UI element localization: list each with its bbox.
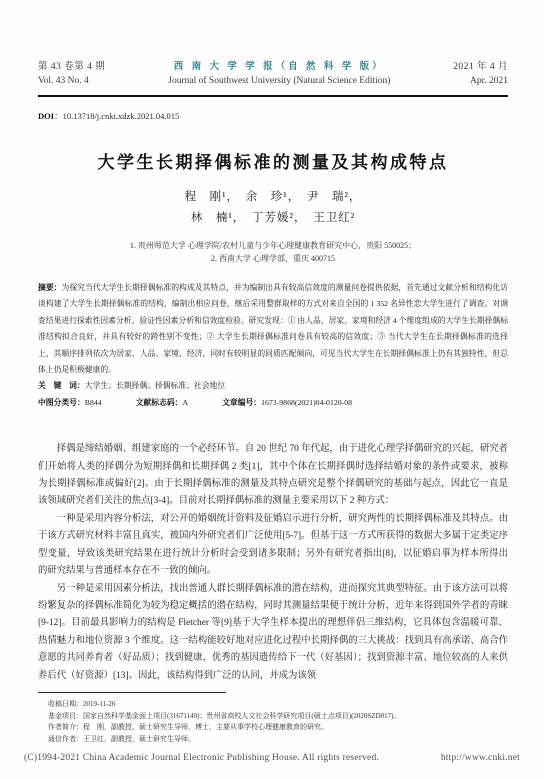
doi-label: DOI xyxy=(38,111,54,121)
affiliations: 1. 贵州师范大学 心理学院/农村儿童与少年心理健康教育研究中心，贵阳 5500… xyxy=(38,239,508,265)
abstract-block: 摘要：为探究当代大学生长期择偶标准的构成及其特点，并为编制出具有较高信效度的测量… xyxy=(38,280,508,378)
affiliation-1: 1. 贵州师范大学 心理学院/农村儿童与少年心理健康教育研究中心，贵阳 5500… xyxy=(38,239,508,252)
keywords-label: 关 键 词： xyxy=(38,381,85,390)
body-paragraph-2: 一种是采用内容分析法，对公开的婚姻统计资料及征婚启示进行分析，研究两性的长期择偶… xyxy=(38,511,508,581)
article-number-label: 文章编号： xyxy=(222,398,261,407)
body-paragraph-3: 另一种是采用因素分析法，找出普通人群长期择偶标准的潜在结构，进而探究其典型特征。… xyxy=(38,581,508,685)
document-code-value: A xyxy=(182,398,188,407)
issue-date-cn: 2021 年 4 月 xyxy=(453,58,508,72)
footnote-received-date: 收稿日期：2019-11-26 xyxy=(48,699,508,711)
keywords-line: 关 键 词：大学生；长期择偶；择偶标准；社会地位 xyxy=(38,378,508,394)
author-list: 程 刚¹， 余 珍¹， 尹 瑞²， 林 楠¹， 丁芳媛²， 王卫红² xyxy=(38,187,508,229)
keywords-text: 大学生；长期择偶；择偶标准；社会地位 xyxy=(85,381,225,390)
journal-name-cn: 西 南 大 学 学 报（自 然 科 学 版） xyxy=(174,58,385,72)
clc-label: 中图分类号： xyxy=(38,398,85,407)
body-paragraph-1: 择偶是缔结婚姻、组建家庭的一个必经环节。自 20 世纪 70 年代起，由于进化心… xyxy=(38,441,508,511)
copyright-line: (C)1994-2021 China Academic Journal Elec… xyxy=(24,753,520,763)
abstract-label: 摘要： xyxy=(38,283,62,292)
copyright-text: (C)1994-2021 China Academic Journal Elec… xyxy=(24,753,379,763)
clc-value: B844 xyxy=(85,398,102,407)
classification-line: 中图分类号：B844 文献标志码：A 文章编号：1673-9868(2021)0… xyxy=(38,395,508,411)
authors-line-2: 林 楠¹， 丁芳媛²， 王卫红² xyxy=(38,208,508,229)
affiliation-2: 2. 西南大学 心理学部，重庆 400715 xyxy=(38,252,508,265)
journal-name-en: Journal of Southwest University (Natural… xyxy=(168,76,390,86)
volume-issue-cn: 第 43 卷第 4 期 xyxy=(38,58,105,72)
header-row-en: Vol. 43 No. 4 Journal of Southwest Unive… xyxy=(38,76,508,86)
copyright-url: http://www.cnki.net xyxy=(441,753,520,763)
doi-line: DOI：10.13718/j.cnki.xdzk.2021.04.015 xyxy=(38,110,508,122)
issue-date-en: Apr. 2021 xyxy=(470,76,508,86)
footnote-block: 收稿日期：2019-11-26 基金项目：国家自然科学基金面上项目(316711… xyxy=(48,699,508,745)
journal-page: 第 43 卷第 4 期 西 南 大 学 学 报（自 然 科 学 版） 2021 … xyxy=(0,0,544,779)
article-body: 择偶是缔结婚姻、组建家庭的一个必经环节。自 20 世纪 70 年代起，由于进化心… xyxy=(38,441,508,685)
article-title: 大学生长期择偶标准的测量及其构成特点 xyxy=(38,148,508,173)
footnote-author-bio: 作者简介：程 刚，副教授，硕士研究生导师，博士，主要从事学校心理健康教育的研究。 xyxy=(48,722,508,734)
document-code: 文献标志码：A xyxy=(136,395,188,411)
footnote-divider xyxy=(38,692,226,693)
clc-number: 中图分类号：B844 xyxy=(38,395,102,411)
doi-value: ：10.13718/j.cnki.xdzk.2021.04.015 xyxy=(54,111,179,121)
header-divider xyxy=(38,95,508,97)
article-number: 文章编号：1673-9868(2021)04-0120-08 xyxy=(222,395,352,411)
abstract-text: 为探究当代大学生长期择偶标准的构成及其特点，并为编制出具有较高信效度的测量问卷提… xyxy=(38,283,508,374)
volume-issue-en: Vol. 43 No. 4 xyxy=(38,76,89,86)
article-number-value: 1673-9868(2021)04-0120-08 xyxy=(261,398,352,407)
footnote-corresponding-author: 通信作者：王卫红，副教授，硕士研究生导师。 xyxy=(48,734,508,746)
authors-line-1: 程 刚¹， 余 珍¹， 尹 瑞²， xyxy=(38,187,508,208)
document-code-label: 文献标志码： xyxy=(136,398,183,407)
footnote-funding: 基金项目：国家自然科学基金面上项目(31671149)；贵州省高校人文社会科学研… xyxy=(48,711,508,723)
journal-header: 第 43 卷第 4 期 西 南 大 学 学 报（自 然 科 学 版） 2021 … xyxy=(38,58,508,97)
header-row-cn: 第 43 卷第 4 期 西 南 大 学 学 报（自 然 科 学 版） 2021 … xyxy=(38,58,508,72)
